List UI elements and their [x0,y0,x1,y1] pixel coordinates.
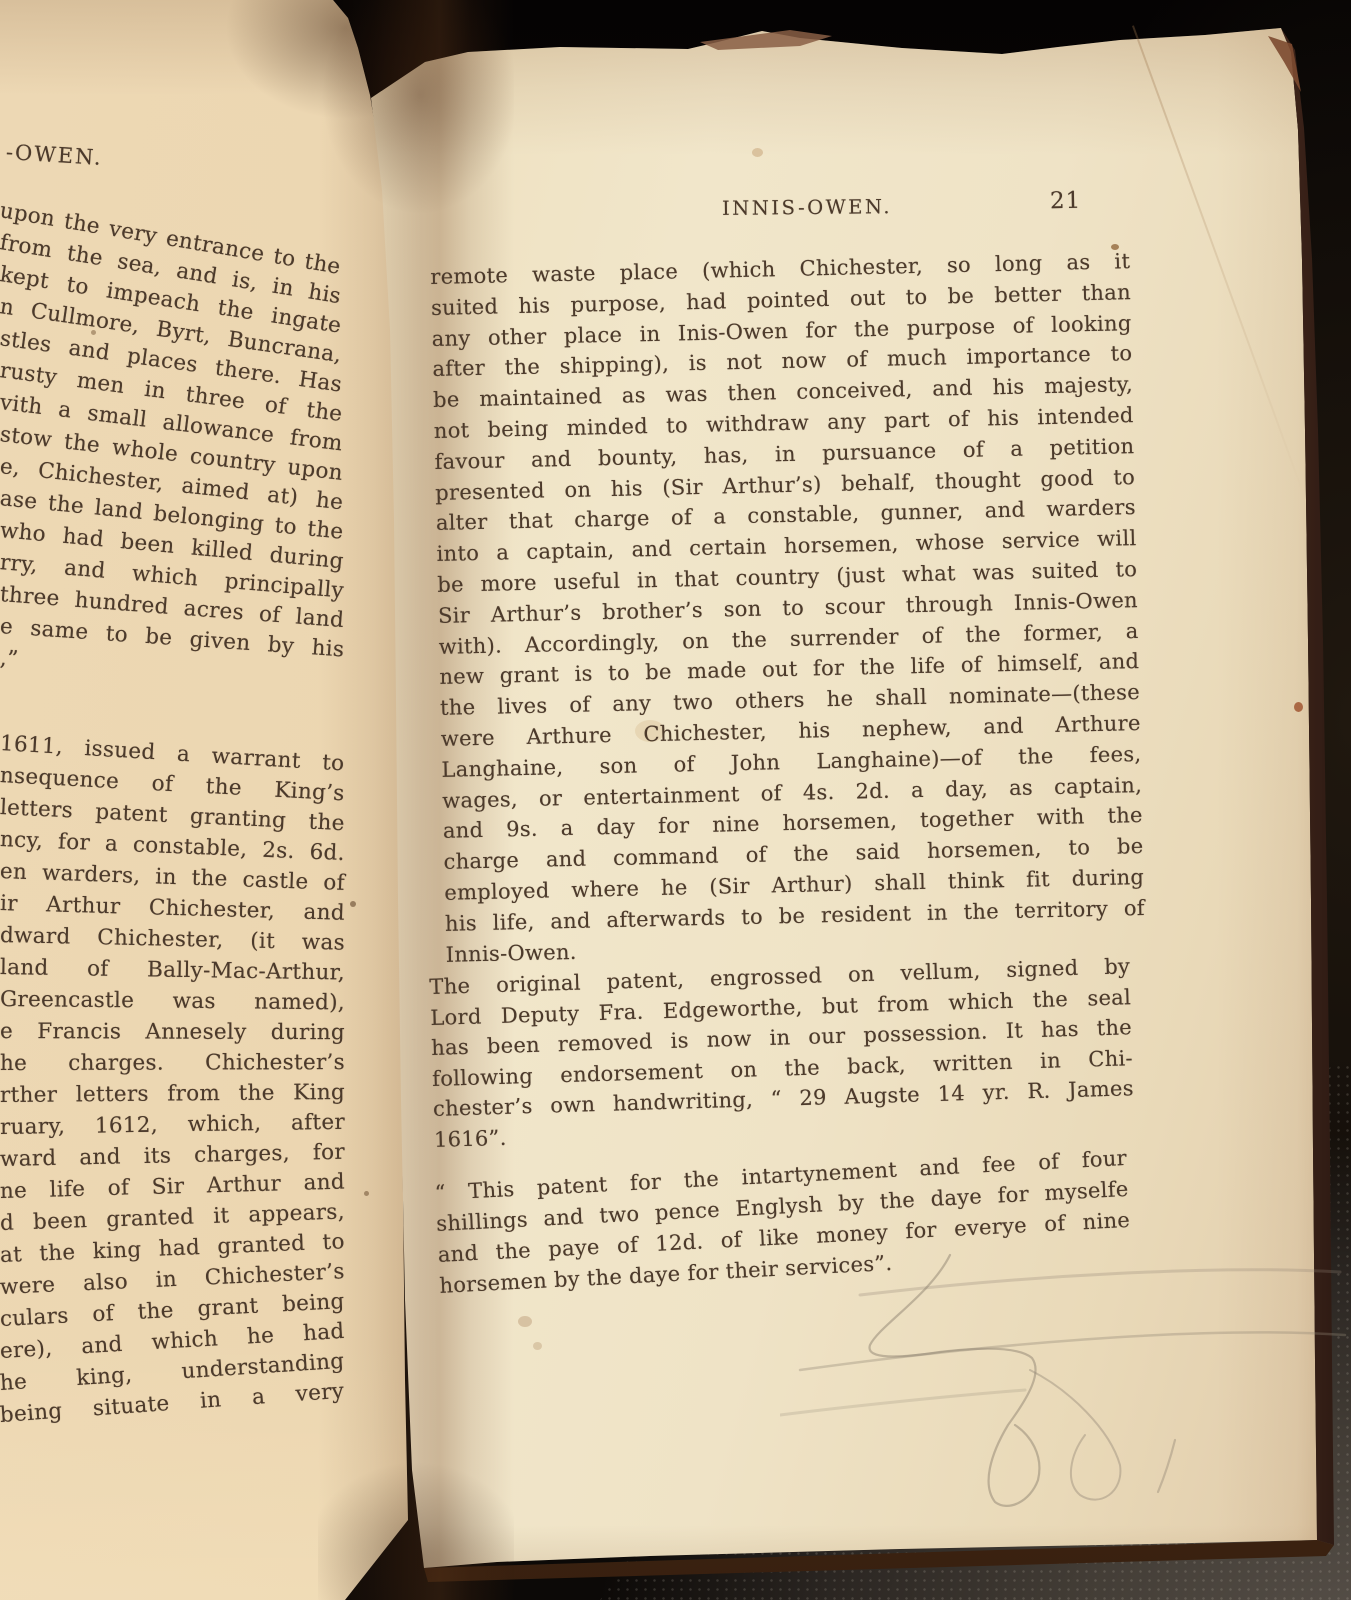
page-number: 21 [1050,188,1082,215]
book-photo: { "left_page": { "header": "-OWEN.", "pa… [0,0,1351,1600]
right-paragraph-1: remote waste place (which Chichester, so… [430,246,1146,970]
right-paragraph-2: The original patent, engrossed on vellum… [429,951,1135,1155]
running-header: INNIS-OWEN. [627,194,987,221]
pencil-scribble [780,1240,1350,1580]
left-paragraph-1: upon the very entrance to thefrom the se… [0,195,345,675]
text-line: he charges. Chichester’s [0,1047,345,1080]
stain [752,148,763,157]
stain [518,1316,532,1327]
stain [364,1191,369,1196]
stain [1294,702,1303,712]
text-line: Greencastle was named), [0,984,345,1019]
stain [533,1342,542,1350]
text-line: e Francis Annesely during [0,1016,345,1049]
stain [350,901,356,907]
left-paragraph-2: 1611, issued a warrant tonsequence of th… [0,728,345,1432]
